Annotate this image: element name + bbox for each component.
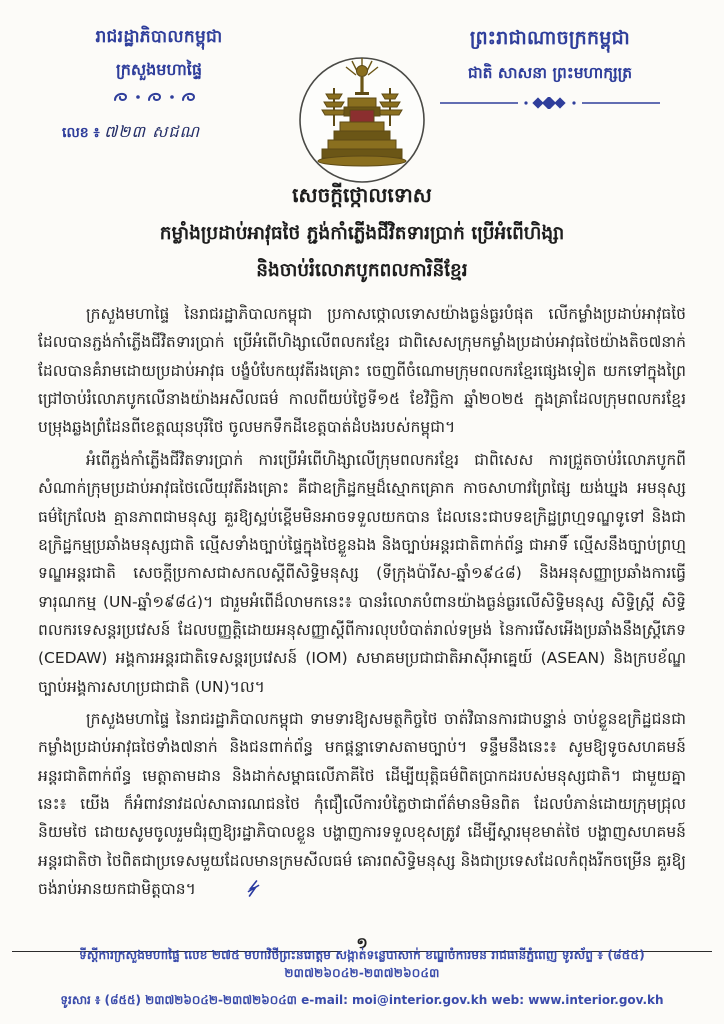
motto-divider-icon (410, 94, 690, 113)
body-paragraph-2: អំពើភ្ជង់កាំភ្លើងជីវិតទារប្រាក់ ការប្រើអ… (38, 446, 686, 701)
title-line-1: សេចក្តីថ្កោលទោស (0, 182, 724, 212)
document-number-line: លេខ ៖ ៧២៣ សជណ (34, 121, 284, 145)
letterhead: រាជរដ្ឋាភិបាលកម្ពុជា ក្រសួងមហាផ្ទៃ លេខ ៖… (0, 0, 724, 160)
ministry-name: ក្រសួងមហាផ្ទៃ (34, 59, 284, 83)
statement-title: សេចក្តីថ្កោលទោស កម្លាំងប្រដាប់អាវុធថៃ ភ្… (0, 182, 724, 286)
official-letter-page: រាជរដ្ឋាភិបាលកម្ពុជា ក្រសួងមហាផ្ទៃ លេខ ៖… (0, 0, 724, 1024)
letterhead-right-block: ព្រះរាជាណាចក្រកម្ពុជា ជាតិ សាសនា ព្រះមហា… (410, 26, 690, 160)
footer-address-phone: ទីស្តីការក្រសួងមហាផ្ទៃ លេខ ២៧៥ មហាវិថីព្… (0, 947, 724, 983)
kingdom-name: ព្រះរាជាណាចក្រកម្ពុជា (410, 26, 690, 54)
document-number-handwritten: ៧២៣ សជណ (104, 122, 200, 141)
national-motto: ជាតិ សាសនា ព្រះមហាក្សត្រ (410, 63, 690, 86)
royal-arms-emblem-icon (296, 54, 428, 186)
blue-pen-mark-icon (199, 878, 260, 906)
letter-footer: ទីស្តីការក្រសួងមហាផ្ទៃ លេខ ២៧៥ មហាវិថីព្… (0, 947, 724, 1010)
body-paragraph-1: ក្រសួងមហាផ្ទៃ នៃរាជរដ្ឋាភិបាលកម្ពុជា ប្រ… (38, 300, 686, 442)
scroll-ornament-icon (34, 89, 284, 109)
document-number-label: លេខ ៖ (62, 125, 100, 141)
statement-body: ក្រសួងមហាផ្ទៃ នៃរាជរដ្ឋាភិបាលកម្ពុជា ប្រ… (0, 286, 724, 907)
government-name: រាជរដ្ឋាភិបាលកម្ពុជា (34, 26, 284, 51)
title-line-2: កម្លាំងប្រដាប់អាវុធថៃ ភ្ជង់កាំភ្លើងជីវិត… (0, 222, 724, 249)
body-paragraph-3-text: ក្រសួងមហាផ្ទៃ នៃរាជរដ្ឋាភិបាលកម្ពុជា ទាម… (38, 710, 686, 898)
footer-fax-email-web: ទូរសារ ៖ (៨៥៥) ២៣៧២៦០៤២-២៣៧២៦០៤៣ e-mail:… (0, 992, 724, 1010)
title-line-3: និងចាប់រំលោភបូកពលការិនីខ្មែរ (0, 259, 724, 286)
body-paragraph-3: ក្រសួងមហាផ្ទៃ នៃរាជរដ្ឋាភិបាលកម្ពុជា ទាម… (38, 705, 686, 907)
letterhead-left-block: រាជរដ្ឋាភិបាលកម្ពុជា ក្រសួងមហាផ្ទៃ លេខ ៖… (34, 26, 284, 160)
